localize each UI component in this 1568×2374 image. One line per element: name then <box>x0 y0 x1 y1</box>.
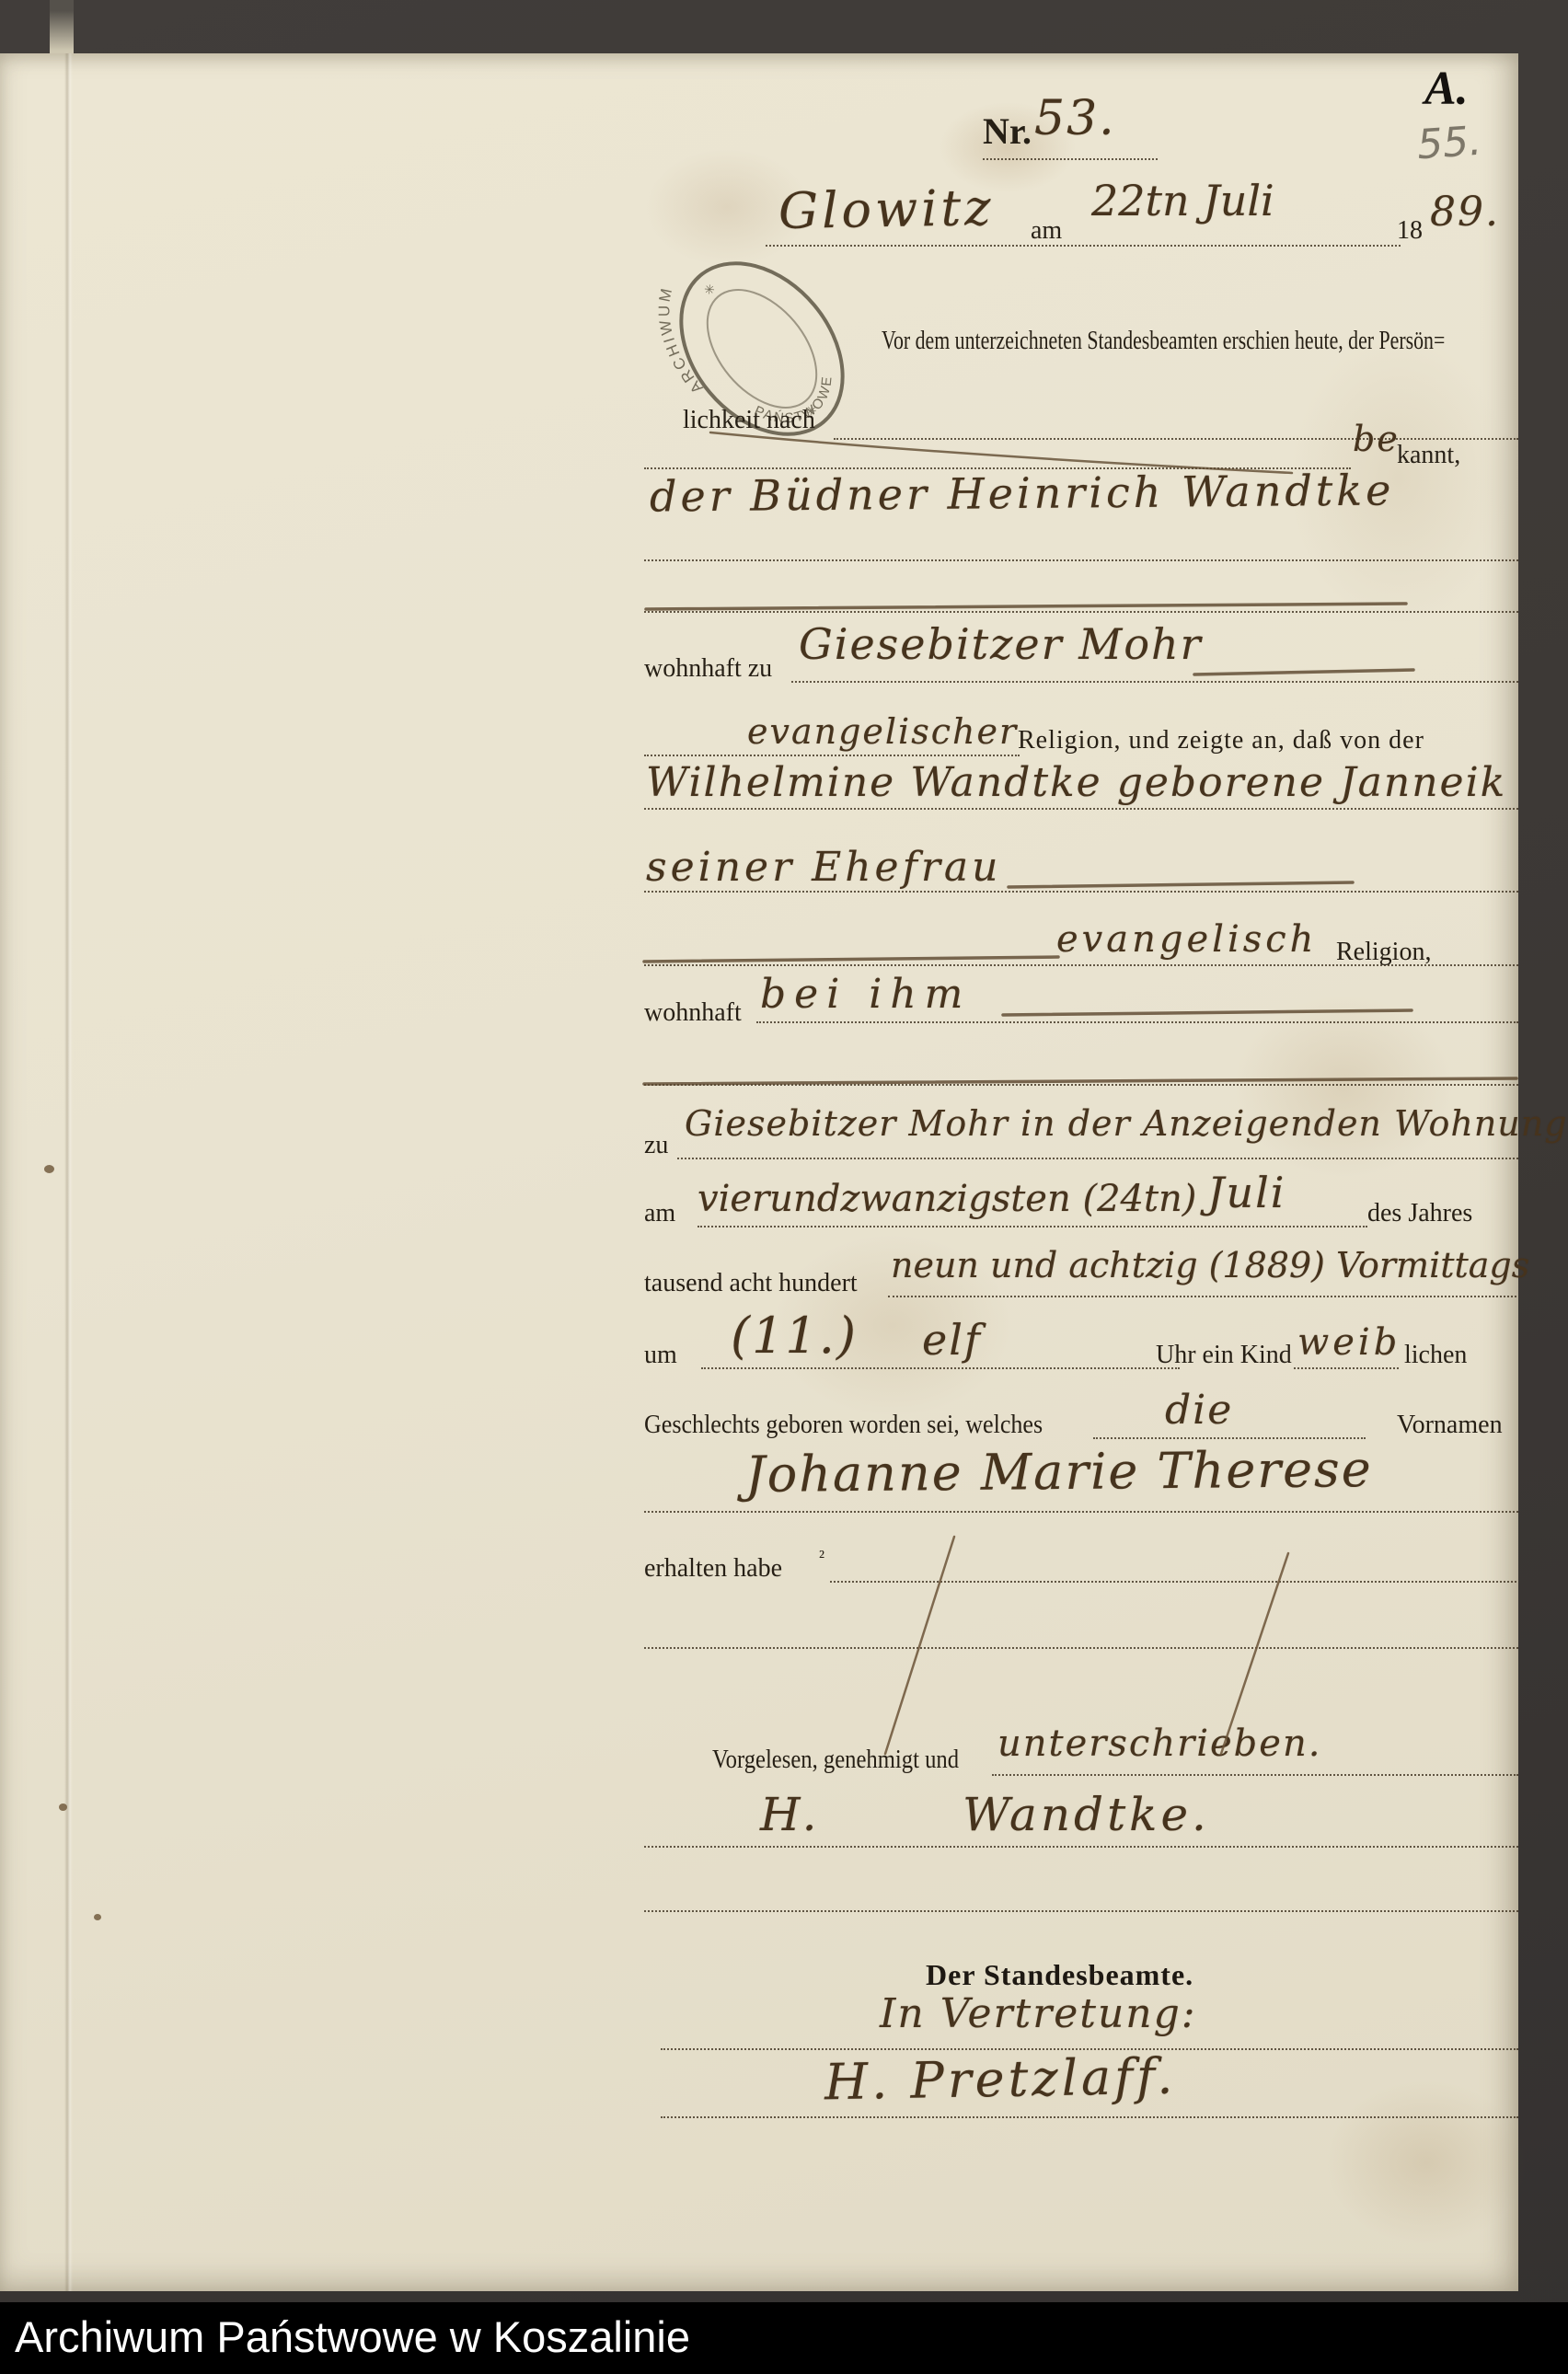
sex-hand: weib <box>1297 1323 1401 1362</box>
uhr-printed: Uhr ein Kind <box>1156 1342 1292 1368</box>
document-scan: A. 55. Nr. 53. Glowitz am 22tn Juli 18 8… <box>0 0 1568 2374</box>
mother-name: Wilhelmine Wandtke geborene Janneik <box>646 762 1506 804</box>
known-printed: kannt, <box>1397 442 1460 468</box>
ruled-line <box>698 1226 1367 1227</box>
place-value: Glowitz <box>778 182 996 238</box>
ruled-line <box>701 1367 1180 1369</box>
ruled-line <box>644 891 1518 893</box>
ruled-line <box>644 1647 1518 1649</box>
relation-value: seiner Ehefrau <box>646 847 1001 889</box>
registrar-signature: H. Pretzlaff. <box>824 2051 1177 2109</box>
closing-hand: unterschrieben. <box>997 1724 1321 1763</box>
ruled-line <box>644 611 1518 613</box>
record-number-value: 53. <box>1034 94 1116 144</box>
hour-numeral: (11.) <box>731 1310 858 1363</box>
birthplace-value: Giesebitzer Mohr in der Anzeigenden Wohn… <box>685 1106 1568 1143</box>
deputy-note: In Vertretung: <box>880 1993 1197 2035</box>
religion2-hand: evangelisch <box>1056 920 1317 959</box>
ruled-line <box>992 1774 1518 1776</box>
year-printed: 18 <box>1397 217 1423 244</box>
intro-line-2: lichkeit nach <box>683 407 815 433</box>
year-of-label: des Jahres <box>1367 1200 1472 1227</box>
received-mark: ² <box>819 1548 824 1567</box>
child-names: Johanne Marie Therese <box>745 1444 1373 1502</box>
residence2-label: wohnhaft <box>644 999 742 1026</box>
religion1-printed: Religion, und zeigte an, daß von der <box>1018 727 1424 754</box>
sex-suffix-printed: lichen <box>1404 1342 1467 1368</box>
page-fold-crease <box>64 53 73 2291</box>
received-printed: erhalten habe <box>644 1555 782 1582</box>
registrar-title: Der Standesbeamte. <box>926 1960 1193 1991</box>
religion1-hand: evangelischer <box>747 714 1018 751</box>
known-hand: be <box>1353 421 1400 458</box>
ruled-line <box>644 559 1518 561</box>
witness-surname: Wandtke. <box>963 1791 1210 1839</box>
intro-line-1: Vor dem unterzeichneten Standesbeamten e… <box>882 328 1445 354</box>
thousand-printed: tausend acht hundert <box>644 1270 858 1296</box>
corner-letter: A. <box>1424 64 1469 115</box>
birthmonth-value: Juli <box>1207 1170 1286 1215</box>
birthyear-value: neun und achtzig (1889) Vormittags <box>891 1248 1529 1285</box>
archive-footer-bar: Archiwum Państwowe w Koszalinie <box>0 2302 1568 2374</box>
vornamen-printed: Vornamen <box>1397 1412 1503 1438</box>
year-hand: 89. <box>1430 191 1500 234</box>
ruled-line <box>677 1158 1518 1159</box>
page-stack-notch <box>50 0 74 53</box>
birthdate-value: vierundzwanzigsten (24tn) <box>698 1180 1196 1218</box>
residence-value: Giesebitzer Mohr <box>799 622 1203 666</box>
ruled-line <box>644 755 1020 756</box>
ruled-line <box>756 1021 1518 1023</box>
archive-name: Archiwum Państwowe w Koszalinie <box>0 2302 1568 2372</box>
ruled-line <box>1294 1367 1399 1369</box>
time-label: um <box>644 1342 677 1368</box>
ruled-line <box>644 1846 1518 1848</box>
birthdate-label: am <box>644 1200 675 1227</box>
ruled-line <box>830 1581 1516 1583</box>
ruled-line <box>888 1296 1516 1297</box>
ruled-line <box>661 2116 1518 2118</box>
declarant-name: der Büdner Heinrich Wandtke <box>650 467 1395 518</box>
ruled-line <box>1093 1437 1366 1439</box>
stamp-star-icon: ✳ <box>702 282 720 299</box>
date-value: 22tn Juli <box>1091 179 1274 223</box>
record-number-label: Nr. <box>983 112 1032 151</box>
ruled-line <box>644 1511 1518 1513</box>
article-hand: die <box>1165 1389 1233 1432</box>
ruled-line <box>983 158 1158 160</box>
residence-label: wohnhaft zu <box>644 655 772 682</box>
ruled-line <box>644 1910 1518 1912</box>
pencil-page-number: 55. <box>1415 118 1482 169</box>
ruled-line <box>644 1084 1518 1086</box>
ruled-line <box>834 438 1518 440</box>
witness-initial: H. <box>760 1791 819 1839</box>
religion2-printed: Religion, <box>1336 939 1431 965</box>
birthplace-label: zu <box>644 1132 668 1158</box>
hour-word: elf <box>922 1318 982 1362</box>
ruled-line <box>644 808 1518 810</box>
sex-line-printed: Geschlechts geboren worden sei, welches <box>644 1412 1043 1438</box>
ruled-line <box>791 681 1518 683</box>
closing-printed: Vorgelesen, genehmigt und <box>712 1746 959 1773</box>
am-label: am <box>1031 217 1062 244</box>
residence2-value: bei ihm <box>760 974 971 1016</box>
